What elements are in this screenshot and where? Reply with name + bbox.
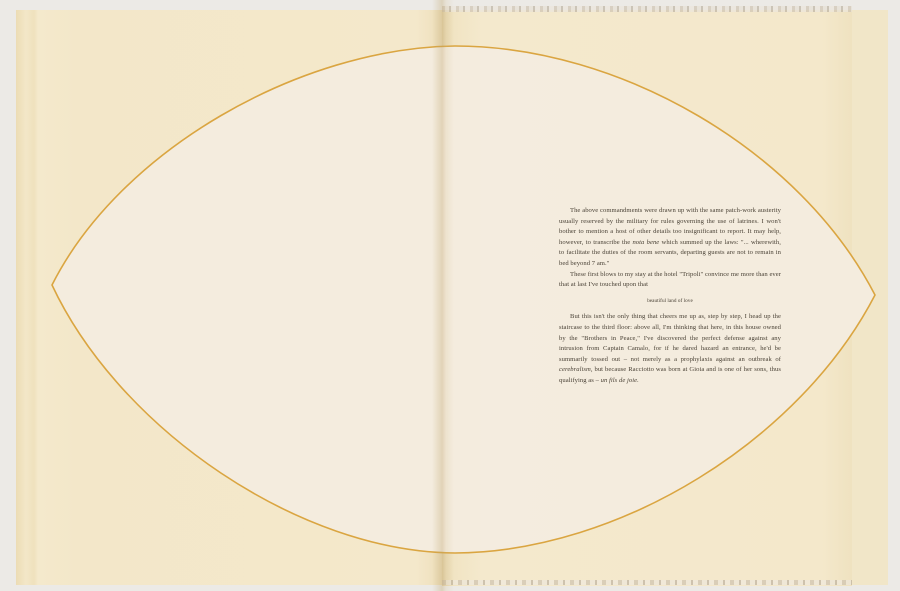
poem-text-block: The above commandments were drawn up wit… — [559, 206, 781, 387]
paragraph-3: But this isn't the only thing that cheer… — [559, 312, 781, 386]
book-spine-shadow — [432, 0, 454, 591]
paragraph-2: These first blows to my stay at the hote… — [559, 270, 781, 291]
paragraph-3-mid: , but because Racciotto was born at Gioi… — [559, 366, 781, 384]
centered-line: beautiful land of love — [559, 296, 781, 307]
paragraph-1-italic: nota bene — [632, 239, 659, 246]
paragraph-3-italic: cerebralism — [559, 366, 591, 373]
paragraph-3-end-italic: un fils de joie. — [601, 377, 639, 384]
paragraph-1: The above commandments were drawn up wit… — [559, 206, 781, 270]
paragraph-3-text: But this isn't the only thing that cheer… — [559, 313, 781, 362]
